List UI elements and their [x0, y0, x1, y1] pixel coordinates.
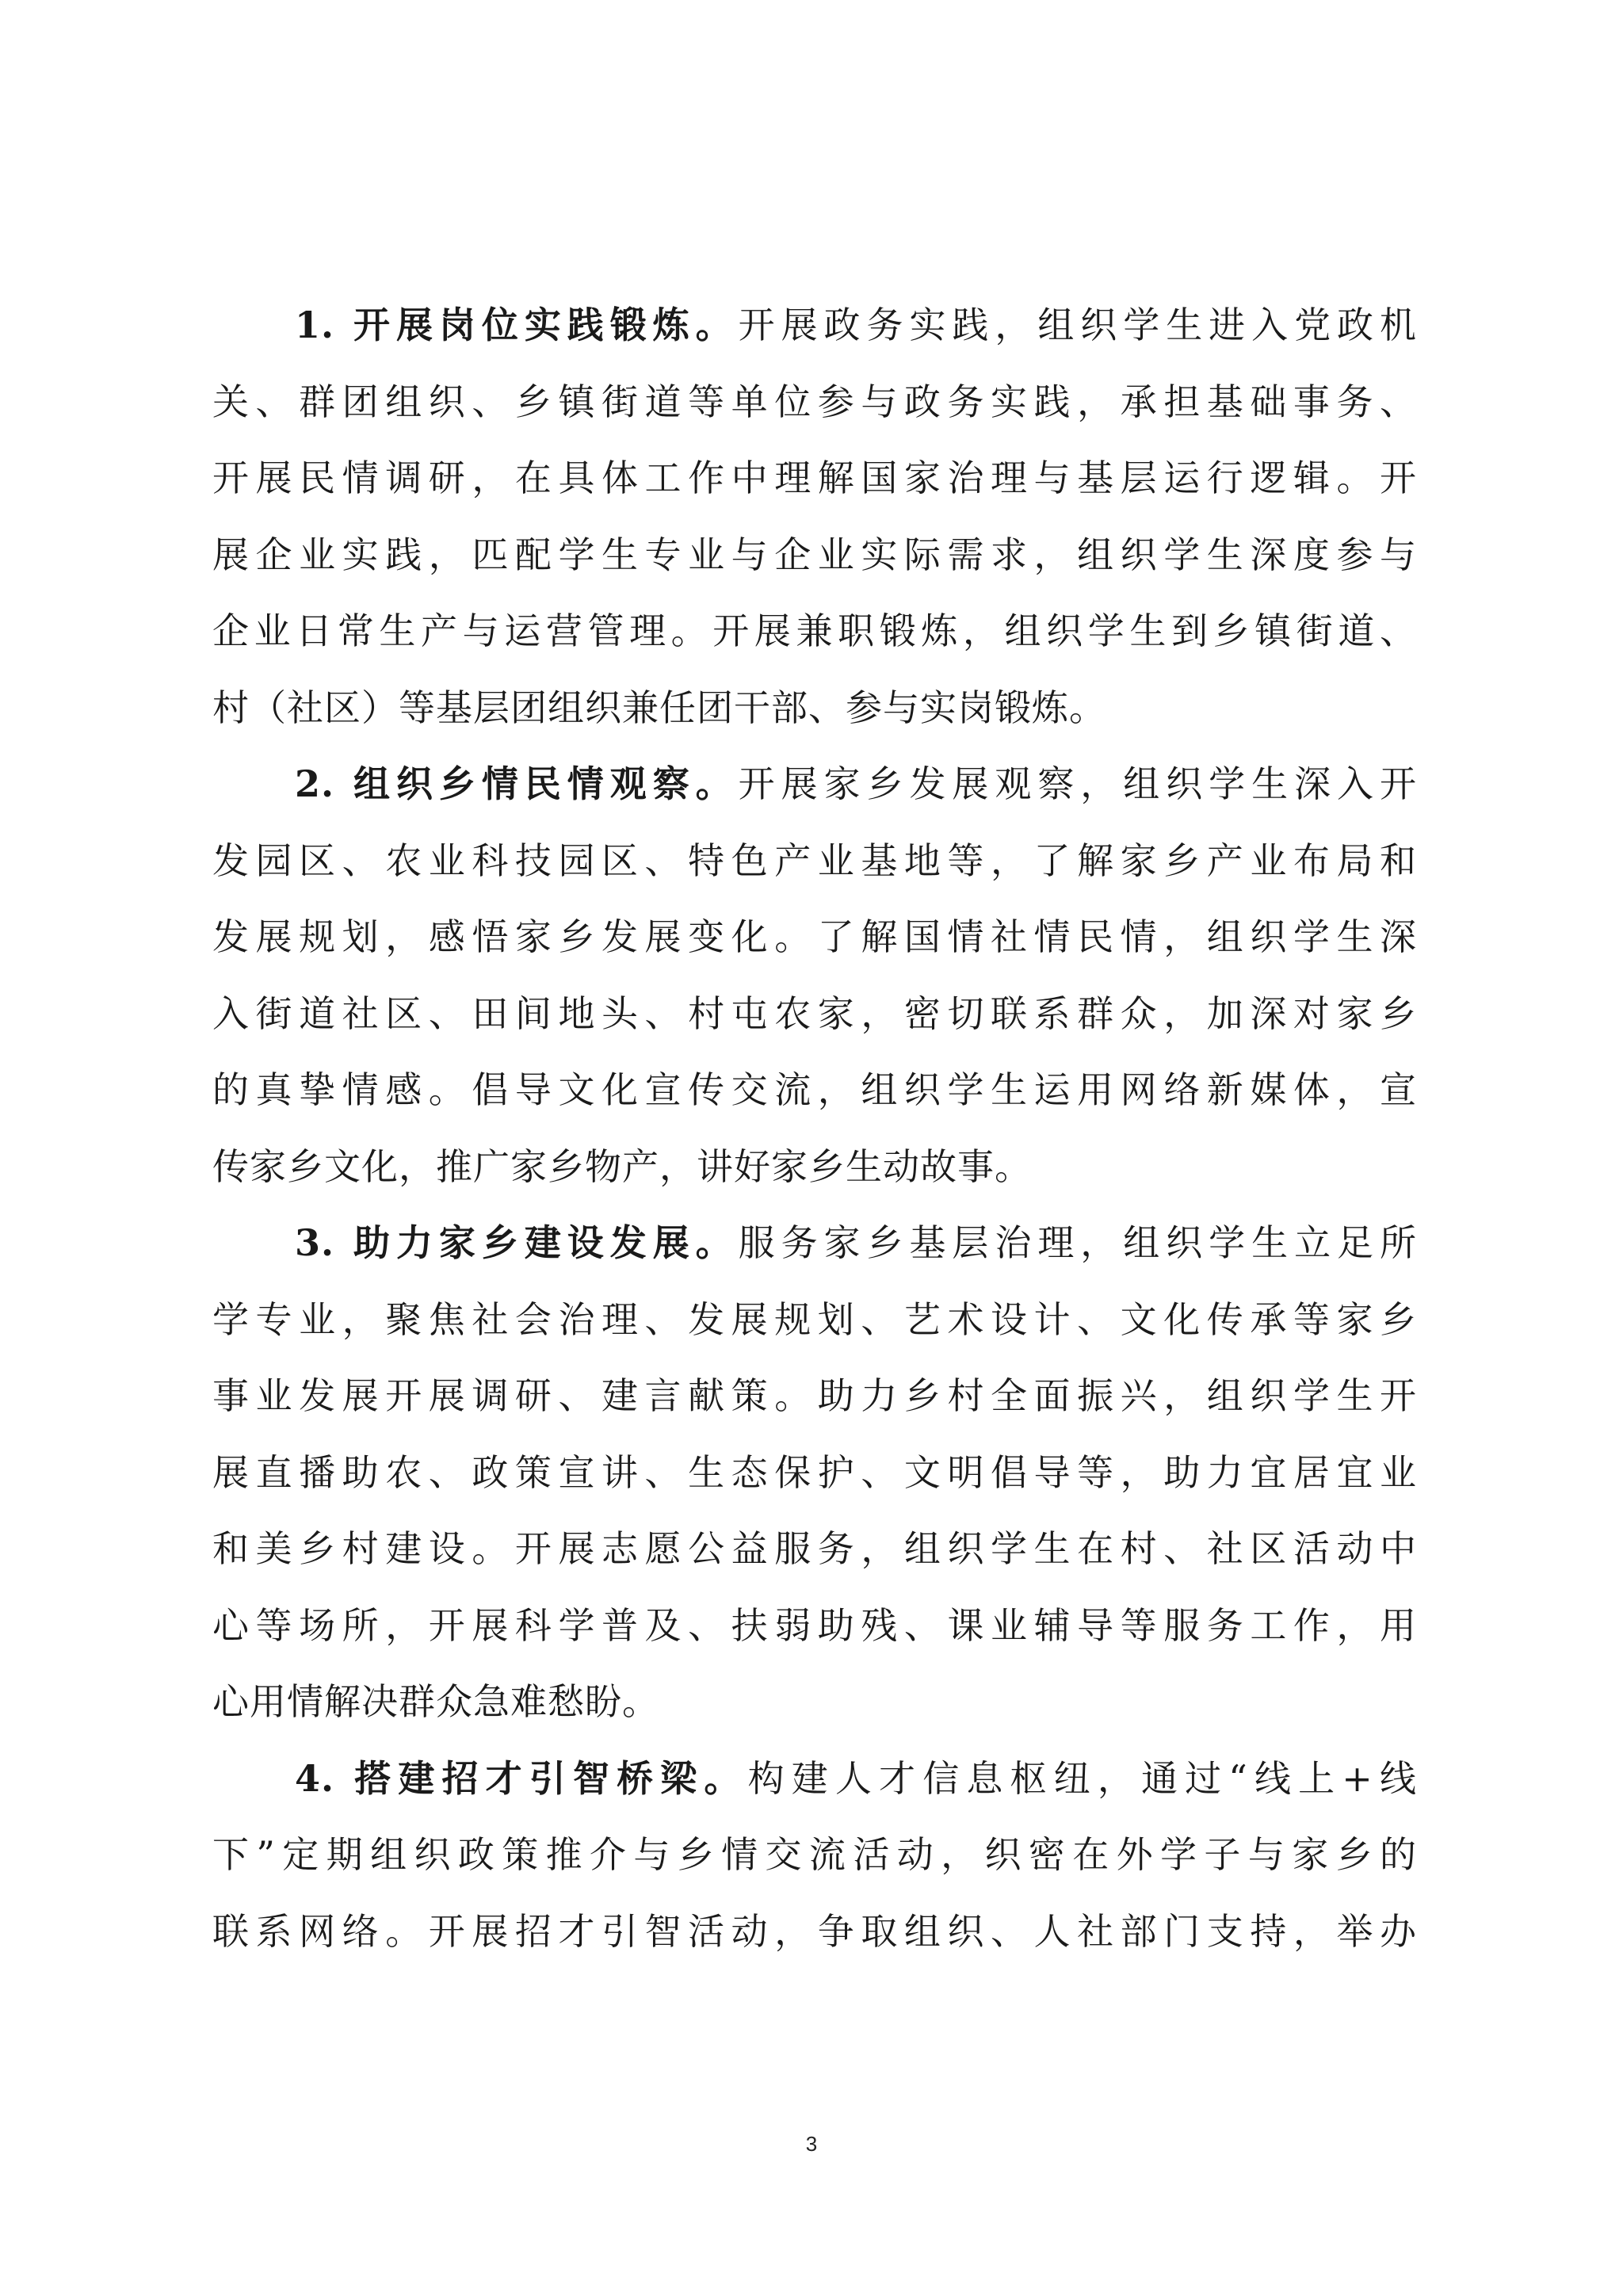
paragraph-1: 1. 开展岗位实践锻炼。开展政务实践，组织学生进入党政机 关、群团组织、乡镇街道…: [212, 287, 1417, 746]
text-line: 入街道社区、田间地头、村屯农家，密切联系群众，加深对家乡: [212, 976, 1417, 1052]
paragraph-heading: 2. 组织乡情民情观察。: [295, 762, 739, 805]
paragraph-first-line: 3. 助力家乡建设发展。服务家乡基层治理，组织学生立足所: [212, 1205, 1417, 1282]
paragraph-first-line: 2. 组织乡情民情观察。开展家乡发展观察，组织学生深入开: [212, 746, 1417, 823]
paragraph-3: 3. 助力家乡建设发展。服务家乡基层治理，组织学生立足所 学专业，聚焦社会治理、…: [212, 1205, 1417, 1740]
paragraph-heading: 4. 搭建招才引智桥梁。: [295, 1757, 748, 1800]
text-line: 心等场所，开展科学普及、扶弱助残、课业辅导等服务工作，用: [212, 1587, 1417, 1664]
paragraph-2: 2. 组织乡情民情观察。开展家乡发展观察，组织学生深入开 发园区、农业科技园区、…: [212, 746, 1417, 1205]
text-line: 村（社区）等基层团组织兼任团干部、参与实岗锻炼。: [212, 670, 1417, 747]
text-line: 发园区、农业科技园区、特色产业基地等，了解家乡产业布局和: [212, 823, 1417, 900]
text-line: 和美乡村建设。开展志愿公益服务，组织学生在村、社区活动中: [212, 1511, 1417, 1587]
text-line: 服务家乡基层治理，组织学生立足所: [739, 1221, 1417, 1264]
paragraph-heading: 1. 开展岗位实践锻炼。: [295, 304, 739, 346]
text-line: 展直播助农、政策宣讲、生态保护、文明倡导等，助力宜居宜业: [212, 1435, 1417, 1511]
text-line: 发展规划，感悟家乡发展变化。了解国情社情民情，组织学生深: [212, 899, 1417, 976]
text-line: 关、群团组织、乡镇街道等单位参与政务实践，承担基础事务、: [212, 364, 1417, 441]
paragraph-4: 4. 搭建招才引智桥梁。构建人才信息枢纽，通过“线上+线 下”定期组织政策推介与…: [212, 1740, 1417, 1970]
paragraph-first-line: 1. 开展岗位实践锻炼。开展政务实践，组织学生进入党政机: [212, 287, 1417, 364]
document-page: 1. 开展岗位实践锻炼。开展政务实践，组织学生进入党政机 关、群团组织、乡镇街道…: [0, 0, 1623, 2296]
text-line: 传家乡文化，推广家乡物产，讲好家乡生动故事。: [212, 1129, 1417, 1205]
page-number: 3: [0, 2132, 1623, 2157]
text-line: 下”定期组织政策推介与乡情交流活动，织密在外学子与家乡的: [212, 1817, 1417, 1893]
text-line: 联系网络。开展招才引智活动，争取组织、人社部门支持，举办: [212, 1893, 1417, 1970]
document-body: 1. 开展岗位实践锻炼。开展政务实践，组织学生进入党政机 关、群团组织、乡镇街道…: [212, 287, 1417, 1969]
text-line: 开展政务实践，组织学生进入党政机: [739, 304, 1417, 346]
text-line: 心用情解决群众急难愁盼。: [212, 1664, 1417, 1740]
text-line: 构建人才信息枢纽，通过“线上+线: [748, 1757, 1417, 1800]
text-line: 企业日常生产与运营管理。开展兼职锻炼，组织学生到乡镇街道、: [212, 593, 1417, 670]
text-line: 的真挚情感。倡导文化宣传交流，组织学生运用网络新媒体，宣: [212, 1052, 1417, 1129]
text-line: 开展家乡发展观察，组织学生深入开: [739, 762, 1417, 805]
text-line: 开展民情调研，在具体工作中理解国家治理与基层运行逻辑。开: [212, 440, 1417, 517]
paragraph-first-line: 4. 搭建招才引智桥梁。构建人才信息枢纽，通过“线上+线: [212, 1740, 1417, 1817]
text-line: 展企业实践，匹配学生专业与企业实际需求，组织学生深度参与: [212, 517, 1417, 594]
paragraph-heading: 3. 助力家乡建设发展。: [295, 1221, 739, 1264]
text-line: 事业发展开展调研、建言献策。助力乡村全面振兴，组织学生开: [212, 1358, 1417, 1435]
text-line: 学专业，聚焦社会治理、发展规划、艺术设计、文化传承等家乡: [212, 1282, 1417, 1358]
